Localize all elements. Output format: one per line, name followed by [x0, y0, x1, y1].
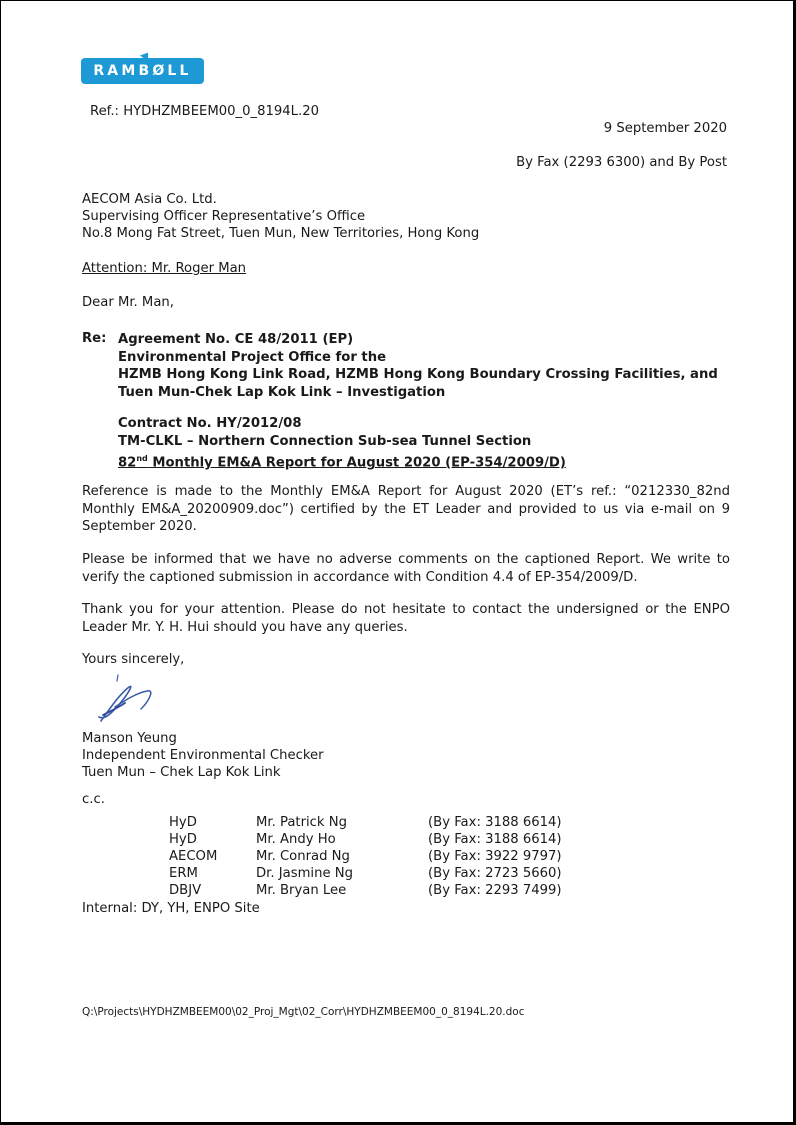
- recipient-company: AECOM Asia Co. Ltd.: [82, 191, 217, 208]
- letter-page: RAMBØLL Ref.: HYDHZMBEEM00_0_8194L.20 9 …: [0, 0, 796, 1125]
- signatory-project: Tuen Mun – Chek Lap Kok Link: [82, 764, 281, 781]
- cc-fax: (By Fax: 2293 7499): [428, 882, 562, 899]
- subject-line: Agreement No. CE 48/2011 (EP): [118, 331, 718, 349]
- body-paragraph-thanks: Thank you for your attention. Please do …: [82, 601, 730, 636]
- subject-label: Re:: [82, 331, 106, 346]
- footer-file-path: Q:\Projects\HYDHZMBEEM00\02_Proj_Mgt\02_…: [82, 1006, 525, 1018]
- body-paragraph-verification: Please be informed that we have no adver…: [82, 551, 730, 586]
- cc-name: Mr. Bryan Lee: [256, 882, 346, 899]
- cc-org: ERM: [169, 865, 198, 882]
- signature-image: [89, 669, 169, 729]
- cc-fax: (By Fax: 3922 9797): [428, 848, 562, 865]
- cc-name: Dr. Jasmine Ng: [256, 865, 353, 882]
- contract-number: Contract No. HY/2012/08: [118, 415, 566, 433]
- ramboll-logo: RAMBØLL: [81, 58, 204, 84]
- closing: Yours sincerely,: [82, 651, 184, 668]
- contract-lines: Contract No. HY/2012/08 TM-CLKL – Northe…: [118, 415, 566, 472]
- attention-line: Attention: Mr. Roger Man: [82, 260, 246, 277]
- cc-org: HyD: [169, 831, 197, 848]
- cc-org: AECOM: [169, 848, 217, 865]
- reference-number: Ref.: HYDHZMBEEM00_0_8194L.20: [90, 103, 319, 120]
- signatory-title: Independent Environmental Checker: [82, 747, 324, 764]
- recipient-street: No.8 Mong Fat Street, Tuen Mun, New Terr…: [82, 225, 479, 242]
- report-title: 82nd Monthly EM&A Report for August 2020…: [118, 450, 566, 472]
- contract-title: TM-CLKL – Northern Connection Sub-sea Tu…: [118, 433, 566, 451]
- salutation: Dear Mr. Man,: [82, 294, 174, 311]
- body-paragraph-reference: Reference is made to the Monthly EM&A Re…: [82, 483, 730, 536]
- cc-fax: (By Fax: 3188 6614): [428, 831, 562, 848]
- signatory-name: Manson Yeung: [82, 730, 177, 747]
- subject-line: Tuen Mun-Chek Lap Kok Link – Investigati…: [118, 384, 718, 402]
- cc-org: DBJV: [169, 882, 201, 899]
- cc-label: c.c.: [82, 791, 105, 808]
- cc-fax: (By Fax: 2723 5660): [428, 865, 562, 882]
- cc-fax: (By Fax: 3188 6614): [428, 814, 562, 831]
- cc-name: Mr. Patrick Ng: [256, 814, 347, 831]
- cc-org: HyD: [169, 814, 197, 831]
- cc-name: Mr. Conrad Ng: [256, 848, 350, 865]
- cc-name: Mr. Andy Ho: [256, 831, 336, 848]
- letter-date: 9 September 2020: [604, 121, 727, 136]
- subject-line: Environmental Project Office for the: [118, 349, 718, 367]
- internal-distribution: Internal: DY, YH, ENPO Site: [82, 900, 260, 917]
- subject-line: HZMB Hong Kong Link Road, HZMB Hong Kong…: [118, 366, 718, 384]
- subject-lines: Agreement No. CE 48/2011 (EP) Environmen…: [118, 331, 718, 401]
- recipient-office: Supervising Officer Representative’s Off…: [82, 208, 365, 225]
- delivery-method: By Fax (2293 6300) and By Post: [516, 155, 727, 170]
